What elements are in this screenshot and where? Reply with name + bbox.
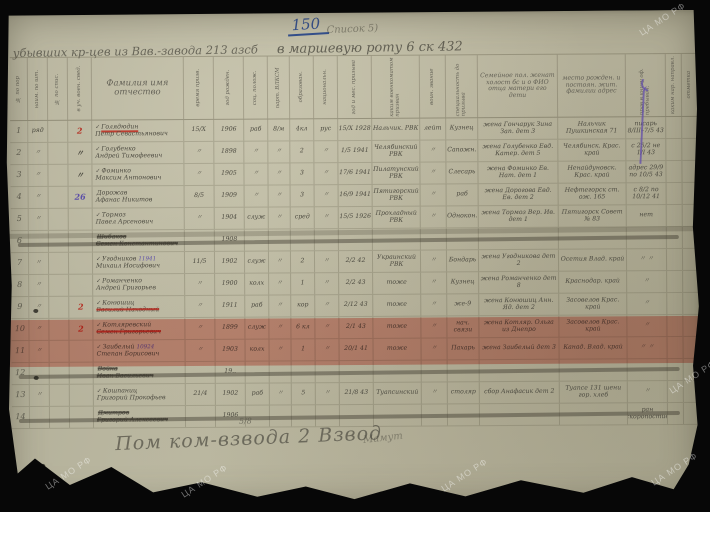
cell-social-status: колх (245, 274, 269, 295)
cell-date: 〃 (185, 340, 215, 361)
cell-profession: раб (447, 184, 479, 205)
given-patronymic: Василий Находный (96, 307, 159, 314)
cell-military-rank: 〃 (421, 184, 447, 205)
cell-list-no (49, 253, 69, 274)
surname: Голубенко (101, 145, 135, 152)
page-number: 150 (287, 14, 329, 36)
cell-birth-year: 1902 (216, 384, 246, 405)
header-cell: каким нар. направл. (666, 54, 682, 116)
cell-rank-abbrev: 〃 (29, 209, 49, 230)
cell-ink-mark: 2 (69, 319, 93, 340)
cell-party: 〃 (268, 163, 290, 184)
cell-note: адрес 29/9 по 10/5 43 (626, 161, 666, 182)
cell-date: 21/4 (186, 384, 216, 405)
header-cell-address: место рожден. и постоян. жит. фамилии ад… (558, 54, 626, 116)
cell-rank-abbrev: 〃 (28, 143, 48, 164)
document-sheet: 150 Список 5) убывших кр-цев из Вав.-зав… (4, 10, 701, 508)
cell-party: 〃 (270, 383, 292, 404)
given-patronymic: Григорий Алексеевич (97, 417, 168, 424)
surname: Кошпаниц (103, 387, 137, 394)
cell-draft-office: тоже (373, 273, 421, 294)
cell-draft-date: 1/5 1941 (338, 141, 372, 162)
cell-education (292, 361, 316, 382)
cell-family-info: жена Заибелый дет 3 (479, 338, 559, 359)
cell-social-status: раб (244, 120, 268, 141)
cell-profession: Кузнец (446, 118, 478, 139)
cell-date: 8/5 (185, 186, 215, 207)
cell-draft-date: 16/9 1941 (339, 185, 373, 206)
cell-empty (667, 249, 683, 270)
cell-ink-mark: 26 (69, 187, 93, 208)
cell-draft-office: Пилатунский РВК (372, 163, 420, 184)
cell-ink-mark (69, 275, 93, 296)
header-cell: год рожден. (214, 57, 244, 119)
cell-note: 〃 (627, 293, 667, 314)
cell-family-info (480, 360, 560, 381)
cell-birth-year: 19.. (216, 362, 246, 383)
cell-empty (666, 161, 682, 182)
cell-empty (682, 117, 698, 138)
cell-draft-office: тоже (373, 295, 421, 316)
given-patronymic: Андрей Григорьев (96, 285, 156, 292)
cell-nationality: 〃 (314, 163, 338, 184)
cell-full-name: ✓Фоминко Максим Антонович (92, 164, 184, 186)
cell-profession: Сапожн. (446, 140, 478, 161)
cell-row-number: 9 (11, 297, 29, 318)
cell-draft-date: 2/2 42 (339, 251, 373, 272)
cell-birth-year: 1905 (214, 164, 244, 185)
cell-address: Осетия Влад. край (559, 249, 627, 270)
cell-social-status: колх (245, 340, 269, 361)
cell-row-number: 11 (11, 341, 29, 362)
cell-full-name: Война Иван Васильевич (94, 362, 186, 384)
cell-military-rank: 〃 (420, 162, 446, 183)
cell-empty (667, 293, 683, 314)
cell-draft-office: Украинский РВК (373, 251, 421, 272)
scanned-document-view: 150 Список 5) убывших кр-цев из Вав.-зав… (0, 0, 718, 537)
surname: Война (98, 365, 118, 372)
cell-note: с 8/2 по 10/12 41 (627, 183, 667, 204)
cell-full-name: ✓Конюшиц Василий Находный (93, 296, 185, 318)
given-patronymic: Максим Антонович (95, 175, 161, 182)
cell-party: 〃 (269, 273, 291, 294)
given-patronymic: Иван Васильевич (97, 373, 154, 380)
cell-draft-date: 2/1 43 (339, 317, 373, 338)
cell-family-info: жена Романченко дет 8 (479, 272, 559, 293)
cell-education: 4кл (290, 119, 314, 140)
cell-party: 〃 (269, 185, 291, 206)
cell-family-info: жена Котляр. Ольга из Днепро (479, 316, 559, 337)
cell-social-status: 〃 (244, 164, 268, 185)
cell-nationality: рус (314, 119, 338, 140)
cell-nationality: 〃 (315, 273, 339, 294)
cell-family-info: жена Тормоз Вер. Ив. дет 1 (479, 206, 559, 227)
cell-address: Краснодар. край (559, 271, 627, 292)
cell-rank-abbrev: 〃 (29, 319, 49, 340)
given-patronymic: Андрей Тимофеевич (95, 153, 162, 160)
cell-list-no (49, 209, 69, 230)
cell-profession: же-9 (447, 294, 479, 315)
cell-family-info: жена Угодникова дет 2 (479, 250, 559, 271)
surname: Дорожав (97, 189, 128, 196)
cell-family-info (480, 404, 560, 425)
cell-list-no (49, 297, 69, 318)
cell-note (628, 359, 668, 380)
cell-draft-date: 21/8 43 (340, 383, 374, 404)
header-cell: год и мес. призыва (338, 56, 372, 118)
header-cell-name: Фамилия имя отчество (92, 57, 184, 120)
cell-nationality: 〃 (316, 383, 340, 404)
cell-birth-year: 1902 (215, 252, 245, 273)
cell-empty (667, 183, 683, 204)
cell-list-no (49, 275, 69, 296)
cell-profession: Однокон. (447, 206, 479, 227)
cell-rank-abbrev: ряд (28, 121, 48, 142)
cell-row-number: 3 (10, 165, 28, 186)
cell-note: нет (627, 205, 667, 226)
cell-date: 〃 (185, 208, 215, 229)
header-cell-family: Семейное пол. женат холост бс и о ФИО от… (478, 55, 558, 117)
cell-education: 2 (291, 251, 315, 272)
cell-party: 〃 (269, 295, 291, 316)
cell-military-rank: 〃 (421, 316, 447, 337)
punch-hole (33, 309, 38, 313)
cell-address: Челябинск. Крас. край (558, 139, 626, 160)
cell-full-name: Дмитров Григорий Алексеевич (94, 406, 186, 428)
header-cell: в уч. воен. свед. (68, 58, 92, 120)
cell-empty (668, 381, 684, 402)
cell-empty (668, 359, 684, 380)
cell-rank-abbrev: 〃 (29, 297, 49, 318)
cell-empty (667, 205, 683, 226)
cell-family-info: сбор Анафасик дет 2 (480, 382, 560, 403)
cell-draft-office: Нальчик. РВК (372, 119, 420, 140)
cell-draft-office: Челябинский РВК (372, 141, 420, 162)
cell-note: 〃 (627, 271, 667, 292)
cell-nationality: 〃 (315, 295, 339, 316)
cell-ink-mark: 2 (69, 297, 93, 318)
cell-education: 2 (290, 141, 314, 162)
cell-full-name: ✓Заибелый10924 Степан Борисович (93, 340, 185, 362)
cell-date: 〃 (185, 318, 215, 339)
cell-draft-date: 20/1 41 (339, 339, 373, 360)
cell-row-number: 4 (11, 187, 29, 208)
header-cell: образован. (290, 56, 314, 118)
cell-profession (448, 360, 480, 381)
cell-empty (666, 117, 682, 138)
cell-party: 8/м (268, 119, 290, 140)
cell-nationality (316, 361, 340, 382)
cell-party: 〃 (269, 317, 291, 338)
cell-draft-date: 15/X 1928 (338, 119, 372, 140)
cell-ink-mark: 〃 (68, 143, 92, 164)
cell-list-no (49, 187, 69, 208)
cell-rank-abbrev: 〃 (30, 385, 50, 406)
cell-education: сред (291, 207, 315, 228)
given-patronymic: Михаил Иосифович (96, 263, 160, 270)
surname: Конюшиц (102, 299, 134, 306)
header-cell: специальность до призыва (446, 55, 478, 117)
cell-party: 〃 (269, 339, 291, 360)
cell-education: кор (291, 295, 315, 316)
cell-rank-abbrev: 〃 (29, 275, 49, 296)
cell-profession: Кузнец (447, 272, 479, 293)
cell-date: 〃 (185, 296, 215, 317)
cell-education: 5 (292, 383, 316, 404)
cell-military-rank: 〃 (421, 272, 447, 293)
cell-list-no (48, 143, 68, 164)
cell-nationality: 〃 (315, 251, 339, 272)
cell-draft-office: Туапсинский (374, 383, 422, 404)
cell-address (560, 403, 628, 424)
cell-draft-date: 17/6 1941 (338, 163, 372, 184)
given-patronymic: Григорий Прокофьев (97, 395, 166, 402)
cell-list-no (48, 121, 68, 142)
cell-empty (683, 293, 699, 314)
footer-fraction: 5/8 (239, 417, 252, 426)
cell-party: 〃 (269, 207, 291, 228)
cell-date (186, 362, 216, 383)
cell-empty (666, 139, 682, 160)
given-patronymic: Петр Севастьянович (95, 131, 168, 138)
cell-rank-abbrev (30, 407, 50, 428)
cell-full-name: Дорожав Афанас Никитов (93, 186, 185, 208)
cell-education (292, 405, 316, 426)
cell-row-number: 5 (11, 209, 29, 230)
header-cell: соц. полож. (244, 57, 268, 119)
punch-hole (34, 376, 39, 380)
cell-ink-mark: 2 (68, 121, 92, 142)
given-patronymic: Семен Григорьевич (96, 329, 161, 336)
cell-rank-abbrev: 〃 (29, 341, 49, 362)
cell-full-name: ✓Котляревский Семен Григорьевич (93, 318, 185, 340)
surname: Тормоз (102, 211, 126, 218)
cell-address: Засовелов Крас. край (559, 293, 627, 314)
cell-party (270, 405, 292, 426)
cell-family-info: жена Дорогова Евд. Ев. дет 2 (479, 184, 559, 205)
cell-row-number: 1 (10, 121, 28, 142)
header-cell: № по пор (10, 58, 28, 120)
cell-date (186, 406, 216, 427)
roster-table: № по пор наим. по шт. № по спис. в уч. в… (10, 53, 700, 429)
cell-full-name: ✓Романченко Андрей Григорьев (93, 274, 185, 296)
cell-military-rank: 〃 (421, 294, 447, 315)
cell-ink-mark (70, 385, 94, 406)
cell-birth-year: 1904 (215, 208, 245, 229)
cell-social-status: служ (245, 252, 269, 273)
cell-full-name: ✓Голубенко Андрей Тимофеевич (92, 142, 184, 164)
cell-rank-abbrev: 〃 (29, 253, 49, 274)
cell-military-rank: 〃 (420, 140, 446, 161)
cell-note: 〃 〃 (627, 249, 667, 270)
cell-list-no (48, 165, 68, 186)
cell-address: Нальчик Пушкинская 71 (558, 117, 626, 138)
cell-row-number: 13 (12, 385, 30, 406)
cell-education: 3 (291, 185, 315, 206)
cell-empty (667, 315, 683, 336)
surname: Фоминко (101, 167, 131, 174)
surname: Заибелый (103, 343, 135, 350)
cell-row-number: 14 (12, 407, 30, 428)
cell-list-no (49, 341, 69, 362)
header-cell: наим. по шт. (28, 58, 48, 120)
cell-address: Канад. Влад. край (559, 337, 627, 358)
cell-birth-year: 1906 (214, 120, 244, 141)
given-patronymic: Семен Константинович (96, 241, 178, 248)
cell-education: 1 (291, 273, 315, 294)
list-label: Список 5) (326, 23, 378, 36)
cell-family-info: жена Гончарук Зина Зап. дет 3 (478, 118, 558, 139)
cell-full-name: ✓Тормоз Павел Арсенович (93, 208, 185, 230)
header-cell: каким военкоматом призван (372, 56, 420, 118)
cell-military-rank (422, 360, 448, 381)
cell-draft-office: Прохладный РВК (373, 207, 421, 228)
cell-note: 〃 (628, 381, 668, 402)
cell-list-no (50, 407, 70, 428)
given-patronymic: Степан Борисович (97, 351, 160, 358)
given-patronymic: Павел Арсенович (96, 219, 153, 226)
cell-empty (668, 403, 684, 424)
cell-note: 〃 (627, 315, 667, 336)
cell-draft-date (340, 361, 374, 382)
cell-profession: Слесарь (446, 162, 478, 183)
cell-social-status: служ (245, 208, 269, 229)
cell-draft-date: 2/12 43 (339, 295, 373, 316)
cell-profession: нач. связи (447, 316, 479, 337)
cell-ink-mark (70, 363, 94, 384)
cell-social-status: раб (245, 296, 269, 317)
cell-military-rank: лейт (420, 118, 446, 139)
cell-social-status: 〃 (244, 142, 268, 163)
cell-list-no (50, 385, 70, 406)
cell-draft-date: 2/2 43 (339, 273, 373, 294)
cell-party: 〃 (268, 141, 290, 162)
cell-nationality: 〃 (315, 339, 339, 360)
cell-family-info: жена Конюшиц Анн. Яд. дет 2 (479, 294, 559, 315)
cell-date: 〃 (184, 164, 214, 185)
surname: Котляревский (102, 321, 151, 328)
header-cell: воин. звание (420, 55, 446, 117)
cell-address: Нефтегорск ст. ож. 165 (559, 183, 627, 204)
cell-military-rank: 〃 (421, 250, 447, 271)
cell-rank-abbrev (30, 363, 50, 384)
table-header-row: № по пор наим. по шт. № по спис. в уч. в… (10, 54, 698, 121)
cell-address (560, 359, 628, 380)
cell-profession: Пахарь (447, 338, 479, 359)
cell-list-no (50, 363, 70, 384)
header-cell: парт. ВЛКСМ (268, 56, 290, 118)
cell-empty (667, 337, 683, 358)
cell-draft-office (374, 361, 422, 382)
cell-nationality: 〃 (314, 141, 338, 162)
cell-education: 3 (290, 163, 314, 184)
cell-address: Пятигорск Совет № 83 (559, 205, 627, 226)
cell-date: 11/5 (185, 252, 215, 273)
cell-ink-mark (70, 407, 94, 428)
cell-note: 〃 〃 (627, 337, 667, 358)
cell-nationality: 〃 (315, 185, 339, 206)
cell-nationality: 〃 (315, 207, 339, 228)
cell-row-number: 10 (11, 319, 29, 340)
cell-social-status: раб (246, 384, 270, 405)
header-cell: № по спис. (48, 58, 68, 120)
cell-list-no (49, 319, 69, 340)
cell-rank-abbrev: 〃 (28, 165, 48, 186)
cell-military-rank: 〃 (421, 206, 447, 227)
cell-education: 6 кл (291, 317, 315, 338)
cell-party (270, 361, 292, 382)
cell-birth-year: 1899 (215, 318, 245, 339)
cell-ink-mark (69, 253, 93, 274)
surname: Романченко (102, 277, 142, 284)
cell-military-rank: 〃 (421, 338, 447, 359)
cell-birth-year: 1911 (215, 296, 245, 317)
cell-ink-mark (69, 209, 93, 230)
cell-family-info: жена Фоминко Ев. Нат. дет 1 (478, 162, 558, 183)
cell-draft-office: тоже (373, 339, 421, 360)
cell-military-rank: 〃 (422, 382, 448, 403)
surname: Угодников (102, 255, 136, 262)
header-cell: время призв. (184, 57, 214, 119)
cell-full-name: ✓Кошпаниц Григорий Прокофьев (94, 384, 186, 406)
cell-ink-mark (69, 341, 93, 362)
cell-row-number: 2 (10, 143, 28, 164)
cell-draft-office: Пятигорский РВК (373, 185, 421, 206)
cell-date: 〃 (184, 142, 214, 163)
cell-date: 〃 (185, 274, 215, 295)
cell-party: 〃 (269, 251, 291, 272)
cell-empty (667, 271, 683, 292)
cell-row-number: 8 (11, 275, 29, 296)
cell-birth-year: 1898 (214, 142, 244, 163)
cell-birth-year: 1900 (215, 274, 245, 295)
cell-social-status: служ (245, 318, 269, 339)
cell-education: 1 (291, 339, 315, 360)
given-patronymic: Афанас Никитов (96, 197, 153, 204)
cell-address: Ненайдуновск. Крас. край (558, 161, 626, 182)
cell-profession: Бондарь (447, 250, 479, 271)
cell-note: ран скоропостив (628, 403, 668, 424)
table-body: 1 ряд 2 ✓Голядюдин Петр Севастьянович 15… (10, 117, 700, 429)
cell-social-status: 〃 (245, 186, 269, 207)
cell-profession (448, 404, 480, 425)
cell-full-name: ✓Голядюдин Петр Севастьянович (92, 120, 184, 142)
cell-nationality: 〃 (315, 317, 339, 338)
cell-draft-office: тоже (373, 317, 421, 338)
cell-row-number: 7 (11, 253, 29, 274)
purple-number: 11941 (138, 256, 156, 262)
cell-rank-abbrev: 〃 (29, 187, 49, 208)
cell-row-number: 12 (12, 363, 30, 384)
cell-military-rank (422, 404, 448, 425)
cell-birth-year: 1909 (215, 186, 245, 207)
cell-full-name: ✓Угодников11941 Михаил Иосифович (93, 252, 185, 274)
cell-social-status (246, 362, 270, 383)
cell-birth-year: 1903 (215, 340, 245, 361)
cell-date: 15/X (184, 120, 214, 141)
cell-ink-mark: 〃 (68, 165, 92, 186)
cell-profession: столяр (448, 382, 480, 403)
header-cell: национальн. (314, 56, 338, 118)
cell-address: Засовелов Крас. край (559, 315, 627, 336)
cell-family-info: жена Голубенко Евд. Катер. дет 5 (478, 140, 558, 161)
cell-draft-date: 15/5 1926 (339, 207, 373, 228)
cell-address: Туапсе 131 шени гор. хлеб (560, 381, 628, 402)
purple-number: 10924 (136, 344, 154, 350)
surname: Дмитров (98, 409, 129, 416)
